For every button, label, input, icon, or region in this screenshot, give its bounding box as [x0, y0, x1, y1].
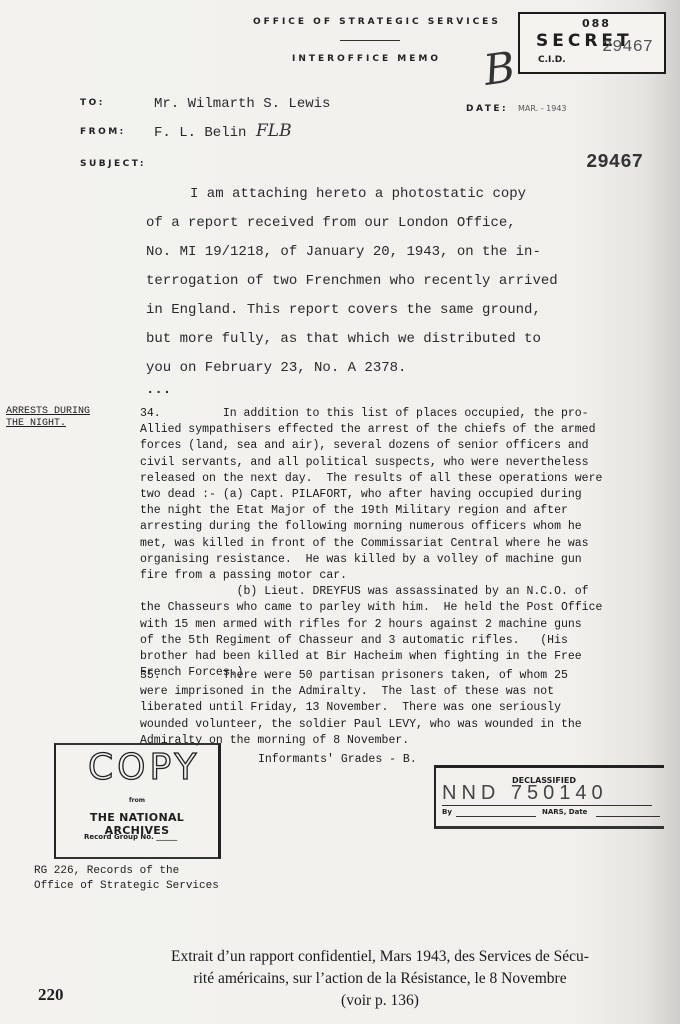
- report-line: 35. There were 50 partisan prisoners tak…: [140, 668, 582, 684]
- intro-line: but more fully, as that which we distrib…: [146, 325, 576, 354]
- declassified-authority: NND 750140: [442, 782, 652, 806]
- report-line: Allied sympathisers effected the arrest …: [140, 422, 602, 438]
- intro-paragraph: I am attaching hereto a photostatic copy…: [146, 180, 576, 397]
- intro-line: of a report received from our London Off…: [146, 209, 576, 238]
- to-value: Mr. Wilmarth S. Lewis: [154, 96, 330, 112]
- office-header: OFFICE OF STRATEGIC SERVICES: [253, 17, 501, 27]
- declassified-by: By: [442, 808, 452, 816]
- page-number: 220: [38, 985, 64, 1005]
- intro-line: in England. This report covers the same …: [146, 296, 576, 325]
- record-note-line: RG 226, Records of the: [34, 864, 219, 879]
- margin-note-line: ARRESTS DURING: [6, 406, 90, 418]
- report-line: (b) Lieut. DREYFUS was assassinated by a…: [140, 584, 602, 600]
- from-initials: FLB: [256, 121, 292, 141]
- declassified-nars: NARS, Date: [542, 808, 587, 816]
- stamp-code: 088: [582, 17, 611, 30]
- report-line: arresting during the following morning n…: [140, 519, 602, 535]
- caption-line: Extrait d’un rapport confidentiel, Mars …: [120, 946, 640, 968]
- report-line: fire from a passing motor car.: [140, 568, 602, 584]
- report-line: the night the Etat Major of the 19th Mil…: [140, 503, 602, 519]
- declassified-by-line: [456, 816, 536, 817]
- stamp-number-overlay: 29467: [602, 38, 653, 57]
- report-line: of the 5th Regiment of Chasseur and 3 au…: [140, 633, 602, 649]
- ellipsis: ...: [146, 383, 576, 397]
- report-line: civil servants, and all political suspec…: [140, 455, 602, 471]
- report-section-34: 34. In addition to this list of places o…: [140, 406, 602, 681]
- report-line: the Chasseurs who came to parley with hi…: [140, 600, 602, 616]
- copy-stamp: COPY from THE NATIONAL ARCHIVES Record G…: [54, 743, 221, 859]
- to-label: TO:: [80, 98, 105, 108]
- record-note-line: Office of Strategic Services: [34, 879, 219, 894]
- intro-line: you on February 23, No. A 2378.: [146, 354, 576, 383]
- caption-line: (voir p. 136): [120, 990, 640, 1012]
- file-number: 29467: [586, 151, 643, 173]
- report-line: forces (land, sea and air), several doze…: [140, 438, 602, 454]
- report-line: liberated until Friday, 13 November. The…: [140, 700, 582, 716]
- declassified-stamp: DECLASSIFIED NND 750140 By NARS, Date: [434, 765, 664, 829]
- intro-line: No. MI 19/1218, of January 20, 1943, on …: [146, 238, 576, 267]
- date-label: DATE:: [466, 104, 508, 114]
- secret-stamp: 088 SECRET 29467 C.I.D.: [518, 12, 666, 74]
- report-line: brother had been killed at Bir Hacheim w…: [140, 649, 602, 665]
- report-line: organising resistance. He was killed by …: [140, 552, 602, 568]
- report-line: were imprisoned in the Admiralty. The la…: [140, 684, 582, 700]
- caption-line: rité américains, sur l’action de la Rési…: [120, 968, 640, 990]
- copy-record-group: Record Group No. ______: [84, 833, 177, 841]
- report-line: two dead :- (a) Capt. PILAFORT, who afte…: [140, 487, 602, 503]
- intro-line: I am attaching hereto a photostatic copy: [146, 180, 576, 209]
- report-line: wounded volunteer, the soldier Paul LEVY…: [140, 717, 582, 733]
- intro-line: terrogation of two Frenchmen who recentl…: [146, 267, 576, 296]
- report-line: released on the next day. The results of…: [140, 471, 602, 487]
- record-note: RG 226, Records of the Office of Strateg…: [34, 864, 219, 894]
- from-value: F. L. Belin: [154, 125, 246, 141]
- margin-note-line: THE NIGHT.: [6, 418, 90, 430]
- memo-type: INTEROFFICE MEMO: [292, 54, 441, 64]
- informants-grade: Informants' Grades - B.: [258, 752, 417, 768]
- from-label: FROM:: [80, 127, 126, 137]
- declassified-date-line: [596, 816, 660, 817]
- subject-label: SUBJECT:: [80, 159, 146, 169]
- copy-title: COPY: [88, 747, 200, 788]
- copy-from: from: [56, 797, 218, 804]
- header-underline: [340, 40, 400, 41]
- stamp-sub: C.I.D.: [538, 55, 566, 65]
- report-line: with 15 men armed with rifles for 2 hour…: [140, 617, 602, 633]
- report-line: 34. In addition to this list of places o…: [140, 406, 602, 422]
- book-caption: Extrait d’un rapport confidentiel, Mars …: [120, 946, 640, 1012]
- date-value: MAR. - 1943: [518, 104, 567, 113]
- handwritten-mark: B: [481, 42, 518, 95]
- report-section-35: 35. There were 50 partisan prisoners tak…: [140, 668, 582, 749]
- margin-note: ARRESTS DURING THE NIGHT.: [6, 406, 90, 430]
- report-line: met, was killed in front of the Commissa…: [140, 536, 602, 552]
